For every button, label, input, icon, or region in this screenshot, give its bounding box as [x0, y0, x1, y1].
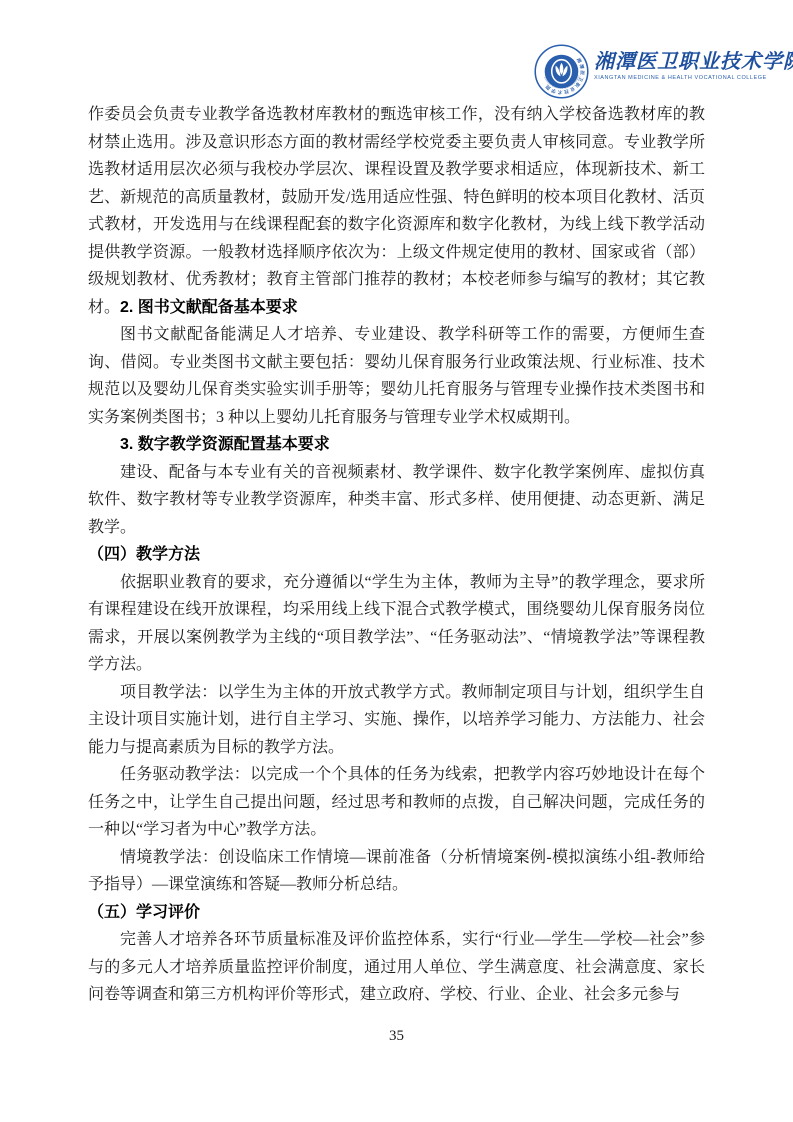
paragraph-text: 作委员会负责专业教学备选教材库教材的甄选审核工作，没有纳入学校备选教材库的教材禁… [88, 106, 705, 316]
paragraph-situational-teaching: 情境教学法：创设临床工作情境—课前准备（分析情境案例-模拟演练小组-教师给予指导… [88, 844, 705, 899]
paragraph-task-driven: 任务驱动教学法：以完成一个个具体的任务为线索，把教学内容巧妙地设计在每个任务之中… [88, 761, 705, 844]
section-heading-teaching-methods: （四）教学方法 [88, 541, 705, 569]
college-name-zh: 湘潭医卫职业技术学院 [594, 51, 793, 73]
inline-heading-library-resources: 2. 图书文献配备基本要求 [120, 299, 298, 316]
paragraph-library-resources: 图书文献配备能满足人才培养、专业建设、教学科研等工作的需要，方便师生查询、借阅。… [88, 321, 705, 431]
paragraph-learning-evaluation: 完善人才培养各环节质量标准及评价监控体系，实行“行业—学生—学校—社会”参与的多… [88, 926, 705, 1009]
college-seal-icon: 湘潭医卫职业技术学院 XIANGTAN MEDICINE & HEALTH VO… [534, 44, 589, 99]
sub-heading-digital-resources: 3. 数字教学资源配置基本要求 [88, 431, 705, 459]
college-logo: 湘潭医卫职业技术学院 XIANGTAN MEDICINE & HEALTH VO… [534, 44, 793, 99]
paragraph-teaching-methods-intro: 依据职业教育的要求，充分遵循以“学生为主体，教师为主导”的教学理念，要求所有课程… [88, 569, 705, 679]
paragraph-continuation: 作委员会负责专业教学备选教材库教材的甄选审核工作，没有纳入学校备选教材库的教材禁… [88, 101, 705, 321]
paragraph-digital-resources: 建设、配备与本专业有关的音视频素材、教学课件、数字化教学案例库、虚拟仿真软件、数… [88, 459, 705, 542]
paragraph-project-teaching: 项目教学法：以学生为主体的开放式教学方式。教师制定项目与计划，组织学生自主设计项… [88, 679, 705, 762]
document-page: 湘潭医卫职业技术学院 XIANGTAN MEDICINE & HEALTH VO… [0, 0, 793, 1122]
document-body: 作委员会负责专业教学备选教材库教材的甄选审核工作，没有纳入学校备选教材库的教材禁… [88, 101, 705, 1009]
page-number: 35 [88, 1028, 705, 1045]
college-name-block: 湘潭医卫职业技术学院 XIANGTAN MEDICINE & HEALTH VO… [594, 44, 793, 81]
college-name-en: XIANGTAN MEDICINE & HEALTH VOCATIONAL CO… [594, 75, 793, 81]
section-heading-learning-evaluation: （五）学习评价 [88, 899, 705, 927]
